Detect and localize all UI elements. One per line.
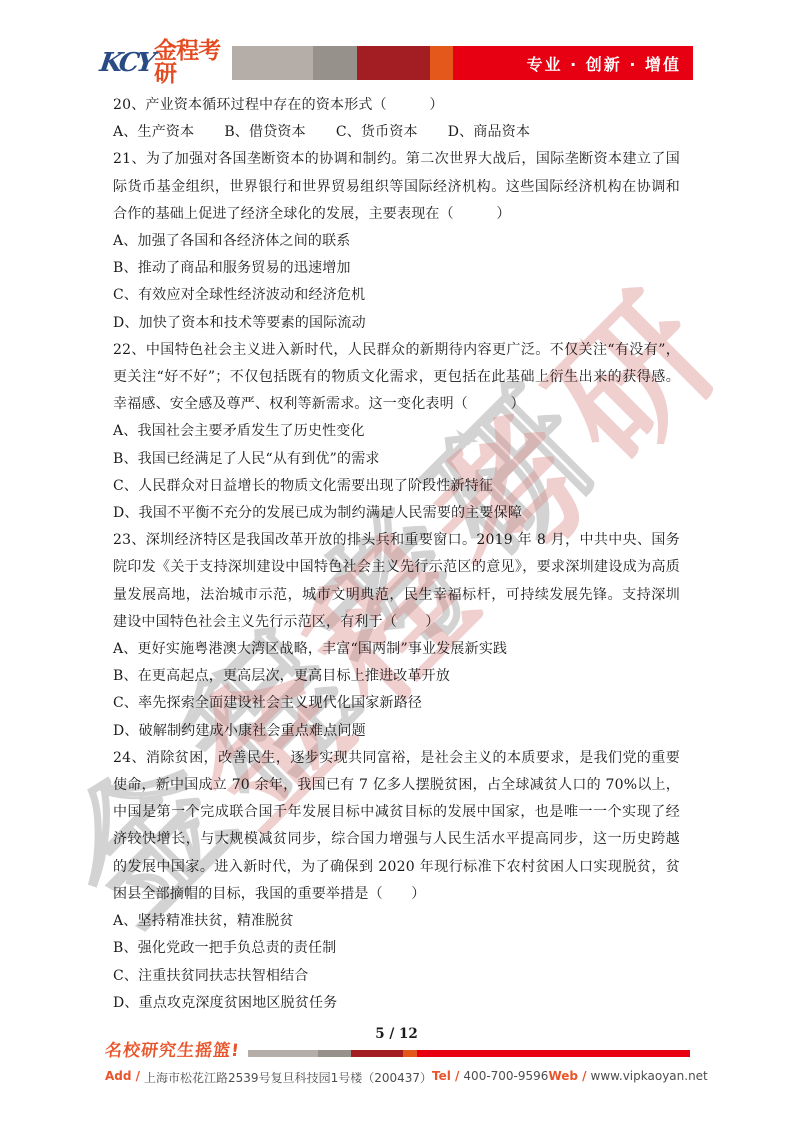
option: D、破解制约建成小康社会重点难点问题 [113, 718, 680, 745]
footer-website: Web / www.vipkaoyan.net [548, 1069, 707, 1086]
website-label: Web / [548, 1069, 586, 1086]
option: C、人民群众对日益增长的物质文化需要出现了阶段性新特征 [113, 473, 680, 500]
header-slogan: 专业 · 创新 · 增值 [527, 52, 681, 75]
option: B、借贷资本 [224, 119, 306, 146]
question-stem: 22、中国特色社会主义进入新时代，人民群众的新期待内容更广泛。不仅关注“有没有”… [113, 337, 680, 419]
question-stem: 21、为了加强对各国垄断资本的协调和制约。第二次世界大战后，国际垄断资本建立了国… [113, 146, 680, 228]
option: A、坚持精准扶贫，精准脱贫 [113, 908, 680, 935]
option: B、我国已经满足了人民“从有到优”的需求 [113, 446, 680, 473]
header-bar-segment-lightgray [232, 46, 313, 80]
option: D、重点攻克深度贫困地区脱贫任务 [113, 990, 680, 1017]
header-bar-segment-darkred [357, 46, 430, 80]
option: B、强化党政一把手负总责的责任制 [113, 935, 680, 962]
option: C、货币资本 [336, 119, 418, 146]
phone-label: Tel / [432, 1069, 459, 1086]
option: C、有效应对全球性经济波动和经济危机 [113, 282, 680, 309]
footer-contact: Add / 上海市松花江路2539号复旦科技园1号楼（200437） Tel /… [105, 1069, 690, 1086]
page-footer: 名校研究生摇篮! Add / 上海市松花江路2539号复旦科技园1号楼（2004… [105, 1036, 690, 1086]
questions: 20、产业资本循环过程中存在的资本形式（ ）A、生产资本B、借贷资本C、货币资本… [113, 92, 680, 1017]
option: C、注重扶贫同扶志扶智相结合 [113, 963, 680, 990]
option: D、我国不平衡不充分的发展已成为制约满足人民需要的主要保障 [113, 500, 680, 527]
options-row: A、生产资本B、借贷资本C、货币资本D、商品资本 [113, 119, 680, 146]
brand-logo-icon: KCY [98, 50, 154, 76]
address-value: 上海市松花江路2539号复旦科技园1号楼（200437） [144, 1069, 432, 1086]
option: A、更好实施粤港澳大湾区战略，丰富“国两制”事业发展新实践 [113, 636, 680, 663]
footer-slogan: 名校研究生摇篮! [104, 1043, 241, 1060]
footer-banner: 名校研究生摇篮! [105, 1036, 690, 1060]
footer-bar-segment-orange [403, 1050, 417, 1057]
page-header: KCY 金程考研 专业 · 创新 · 增值 [100, 46, 693, 80]
option: A、我国社会主要矛盾发生了历史性变化 [113, 418, 680, 445]
question-stem: 24、消除贫困，改善民生，逐步实现共同富裕，是社会主义的本质要求，是我们党的重要… [113, 745, 680, 908]
option: B、在更高起点，更高层次，更高目标上推进改革开放 [113, 663, 680, 690]
website-value: www.vipkaoyan.net [591, 1069, 708, 1086]
question-stem: 20、产业资本循环过程中存在的资本形式（ ） [113, 92, 680, 119]
header-bar-segment-orange [430, 46, 453, 80]
exam-page: 金程考研 金程考研 KCY 金程考研 专业 · 创新 · 增值 20、产业资本循… [0, 0, 793, 1122]
header-bar-segment-gray [313, 46, 357, 80]
option: A、生产资本 [113, 119, 194, 146]
footer-bar-segment-darkred [351, 1050, 403, 1057]
footer-bar [248, 1050, 690, 1057]
option: A、加强了各国和各经济体之间的联系 [113, 228, 680, 255]
header-bar-segment-red: 专业 · 创新 · 增值 [453, 46, 693, 80]
phone-value: 400-700-9596 [463, 1069, 548, 1086]
address-label: Add / [105, 1069, 140, 1086]
footer-bar-segment-red [417, 1050, 690, 1057]
brand-logo: KCY 金程考研 [100, 46, 232, 80]
brand-name: 金程考研 [154, 40, 232, 86]
option: D、商品资本 [448, 119, 530, 146]
option: C、率先探索全面建设社会主义现代化国家新路径 [113, 690, 680, 717]
footer-address: Add / 上海市松花江路2539号复旦科技园1号楼（200437） [105, 1069, 432, 1086]
option: B、推动了商品和服务贸易的迅速增加 [113, 255, 680, 282]
option: D、加快了资本和技术等要素的国际流动 [113, 310, 680, 337]
footer-phone: Tel / 400-700-9596 [432, 1069, 548, 1086]
footer-bar-segment-lightgray [248, 1050, 318, 1057]
question-stem: 23、深圳经济特区是我国改革开放的排头兵和重要窗口。2019 年 8 月，中共中… [113, 527, 680, 636]
footer-bar-segment-gray [318, 1050, 351, 1057]
